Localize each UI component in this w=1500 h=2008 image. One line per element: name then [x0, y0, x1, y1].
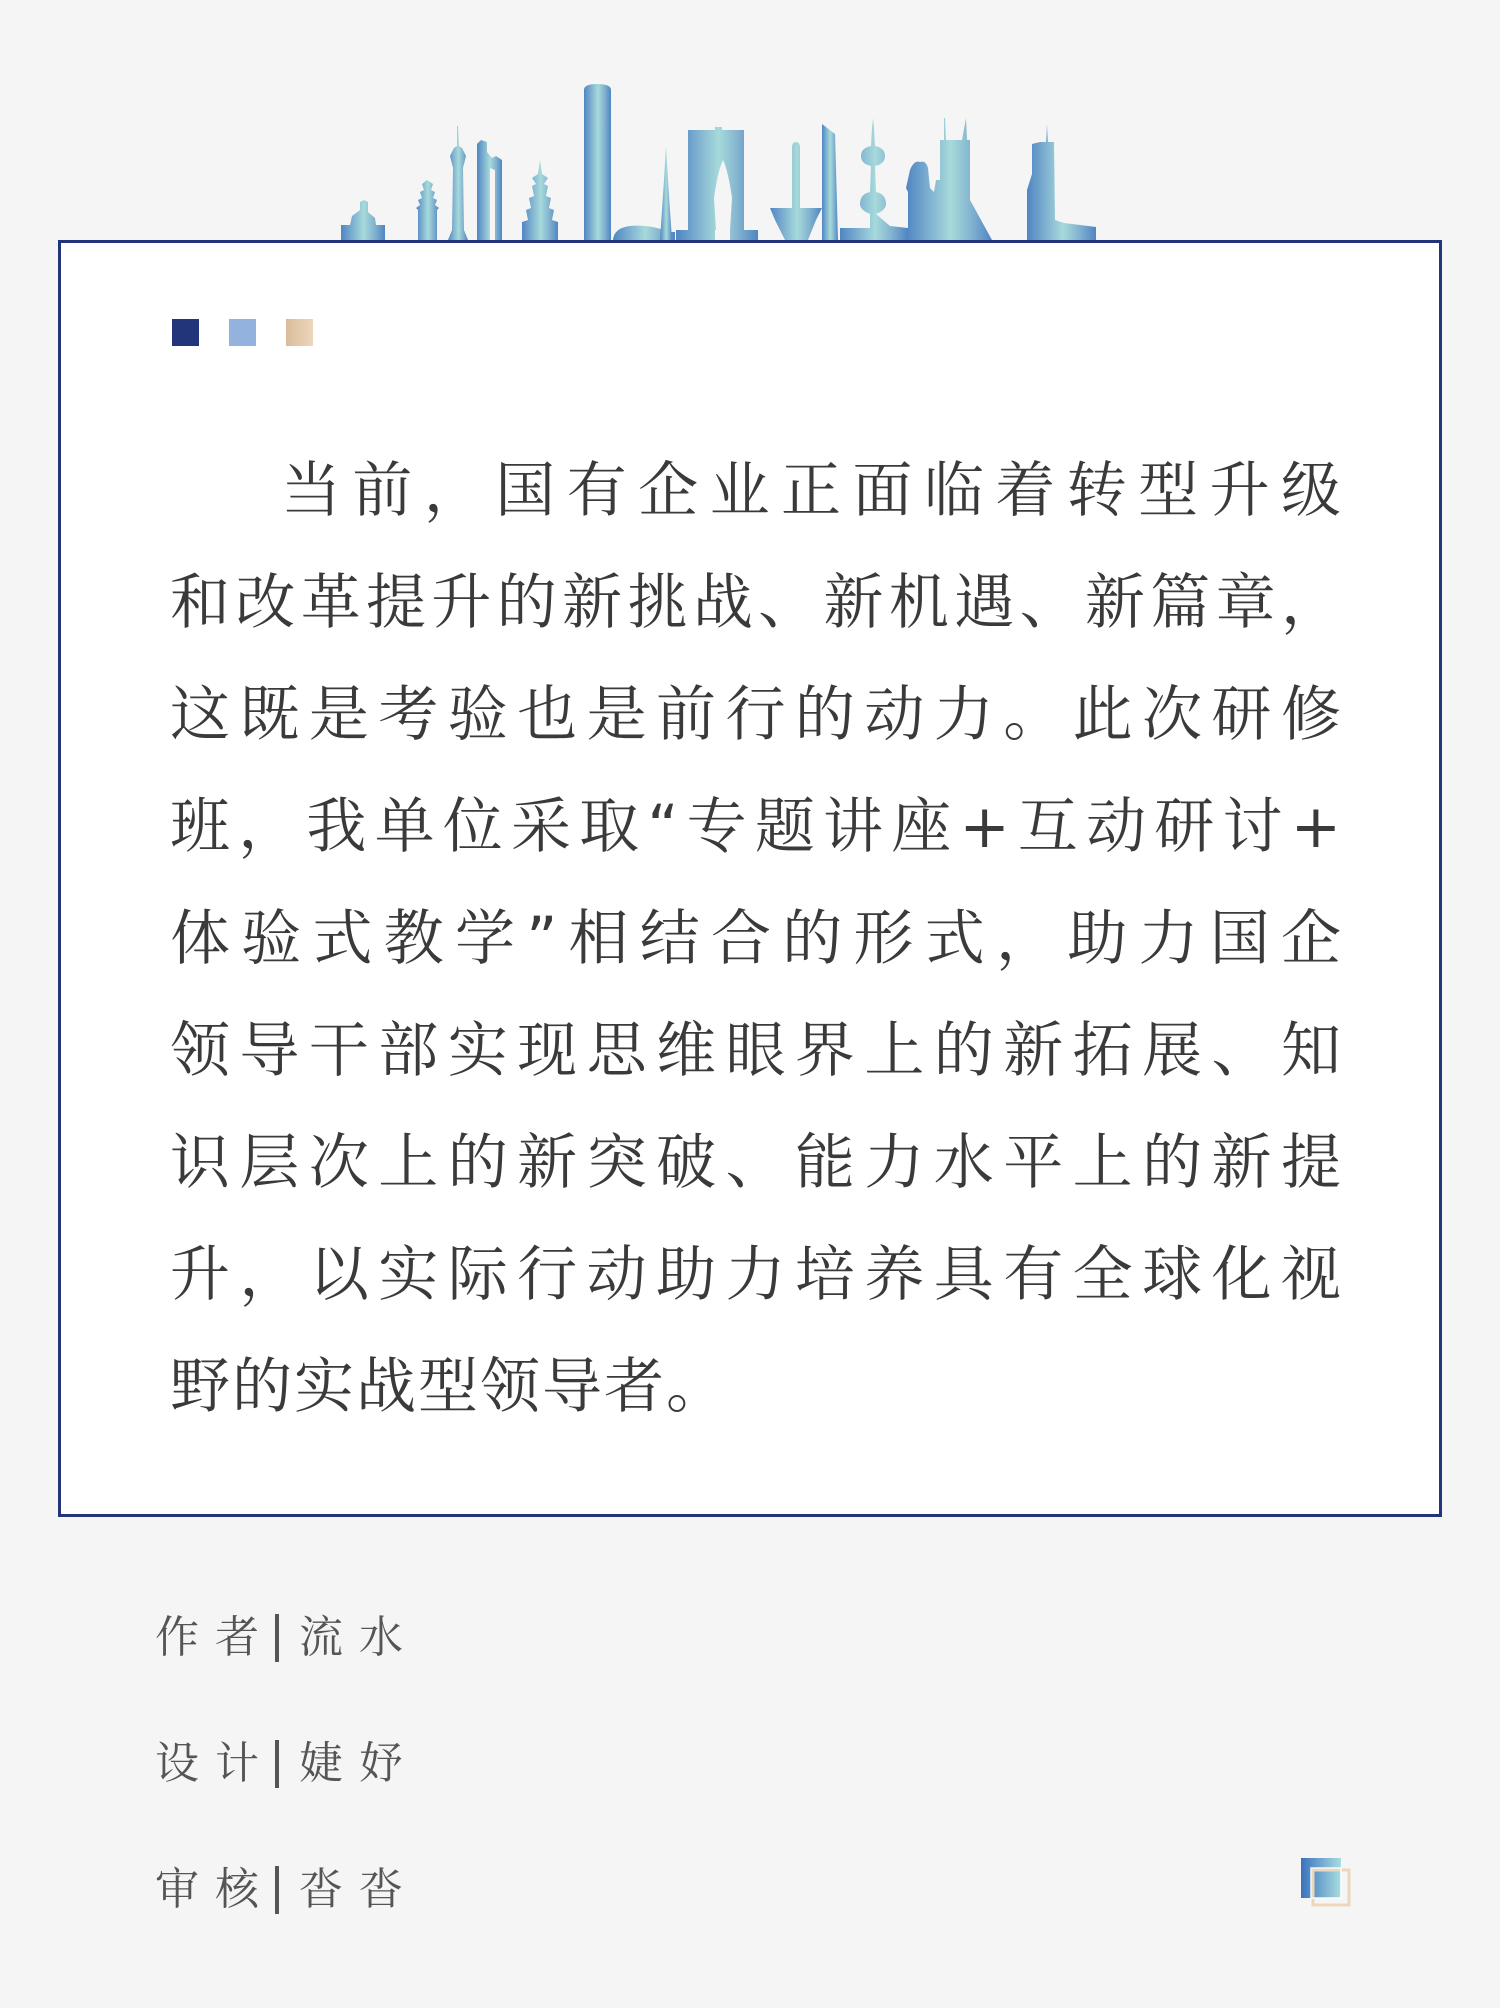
paragraph-line: 领导干部实现思维眼界上的新拓展、知	[170, 995, 1343, 1107]
divider-bar	[275, 1866, 279, 1914]
paragraph-line: 识层次上的新突破、能力水平上的新提	[170, 1107, 1343, 1219]
paragraph-line: 野的实战型领导者。	[170, 1331, 1343, 1443]
paragraph-line: 体验式教学”相结合的形式，助力国企	[170, 883, 1343, 995]
paragraph-line: 这既是考验也是前行的动力。此次研修	[170, 659, 1343, 771]
credit-reviewer: 审核 沓沓	[155, 1852, 419, 1978]
city-skyline-illustration	[330, 80, 1150, 242]
credit-value: 流水	[299, 1600, 419, 1676]
credit-designer: 设计 婕妤	[155, 1726, 419, 1852]
article-paragraph: 当前，国有企业正面临着转型升级 和改革提升的新挑战、新机遇、新篇章， 这既是考验…	[170, 435, 1343, 1443]
credits: 作者 流水 设计 婕妤 审核 沓沓	[155, 1600, 419, 1978]
credit-value: 沓沓	[299, 1852, 419, 1928]
paragraph-line: 和改革提升的新挑战、新机遇、新篇章，	[170, 547, 1343, 659]
light-blue-square	[229, 319, 256, 346]
navy-square	[172, 319, 199, 346]
paragraph-line: 升，以实际行动助力培养具有全球化视	[170, 1219, 1343, 1331]
paragraph-line: 班，我单位采取“专题讲座+互动研讨+	[170, 771, 1343, 883]
beige-square	[286, 319, 313, 346]
divider-bar	[275, 1740, 279, 1788]
credit-value: 婕妤	[299, 1726, 419, 1802]
divider-bar	[275, 1614, 279, 1662]
credit-label: 审核	[155, 1852, 275, 1928]
article-card: 当前，国有企业正面临着转型升级 和改革提升的新挑战、新机遇、新篇章， 这既是考验…	[58, 240, 1442, 1517]
overlapping-squares-icon	[1300, 1857, 1352, 1907]
paragraph-line: 当前，国有企业正面临着转型升级	[170, 435, 1343, 547]
credit-label: 作者	[155, 1600, 275, 1676]
decorative-squares	[172, 319, 313, 346]
credit-author: 作者 流水	[155, 1600, 419, 1726]
credit-label: 设计	[155, 1726, 275, 1802]
